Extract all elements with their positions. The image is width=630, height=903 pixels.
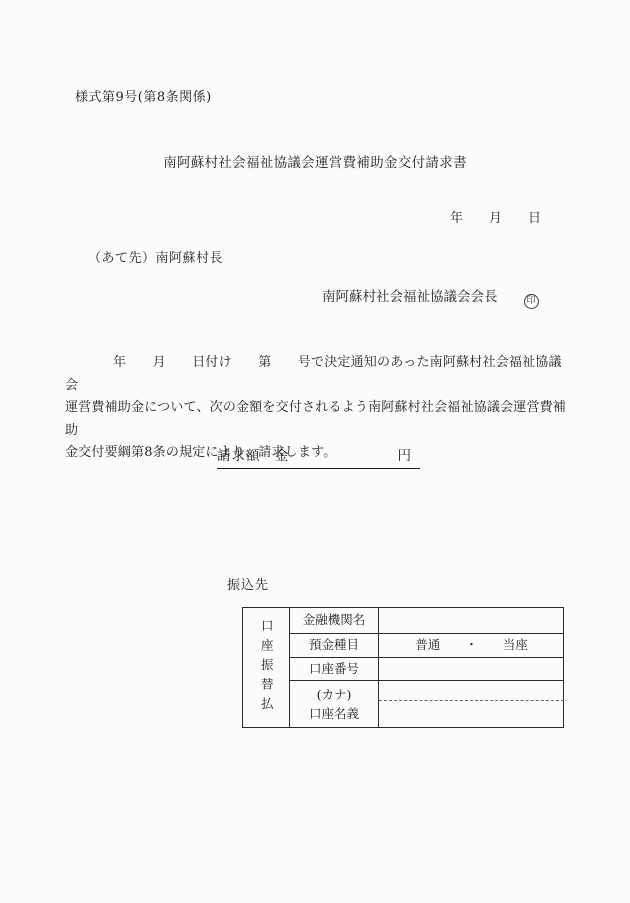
claim-amount-underline: 請求額 金円 [217,449,420,469]
row-label-deposit-type: 預金種目 [289,633,378,657]
row-value-deposit-type: 普通 ・ 当座 [378,633,564,657]
issue-date-line: 年 月 日 [450,212,541,227]
row-value-account-name [378,680,564,727]
addressee-line: （あて先）南阿蘇村長 [88,252,223,267]
applicant-title: 南阿蘇村社会福祉協議会会長 [322,289,498,305]
account-name-label: 口座名義 [309,704,359,723]
body-line-1: 年 月 日付け 第 号で決定通知のあった南阿蘇村社会福祉協議会 [65,352,568,397]
claim-amount-label: 請求額 金 [217,448,290,464]
applicant-signature-line: 南阿蘇村社会福祉協議会会長印 [322,290,539,309]
claim-amount-line: 請求額 金円 [217,449,420,469]
row-value-financial-institution [378,608,564,633]
row-label-account-name: (カナ) 口座名義 [289,680,378,727]
form-number: 様式第9号(第8条関係) [75,91,212,106]
bank-account-table: 口座振替払 金融機関名 預金種目 普通 ・ 当座 口座番号 (カナ) 口座名義 [242,607,564,728]
body-line-2: 運営費補助金について、次の金額を交付されるよう南阿蘇村社会福祉協議会運営費補助 [65,397,568,442]
account-name-kana-label: (カナ) [317,685,352,704]
transfer-destination-label: 振込先 [227,579,269,594]
seal-stamp-icon: 印 [524,294,539,309]
document-title: 南阿蘇村社会福祉協議会運営費補助金交付請求書 [0,156,630,172]
claim-amount-unit: 円 [398,448,413,464]
kana-name-dashed-divider [379,700,564,701]
row-label-financial-institution: 金融機関名 [289,608,378,633]
account-transfer-vertical-header: 口座振替払 [243,608,289,727]
document-page: { "doc": { "form_number": "様式第9号(第8条関係)"… [0,0,630,903]
row-label-account-number: 口座番号 [289,657,378,680]
row-value-account-number [378,657,564,680]
